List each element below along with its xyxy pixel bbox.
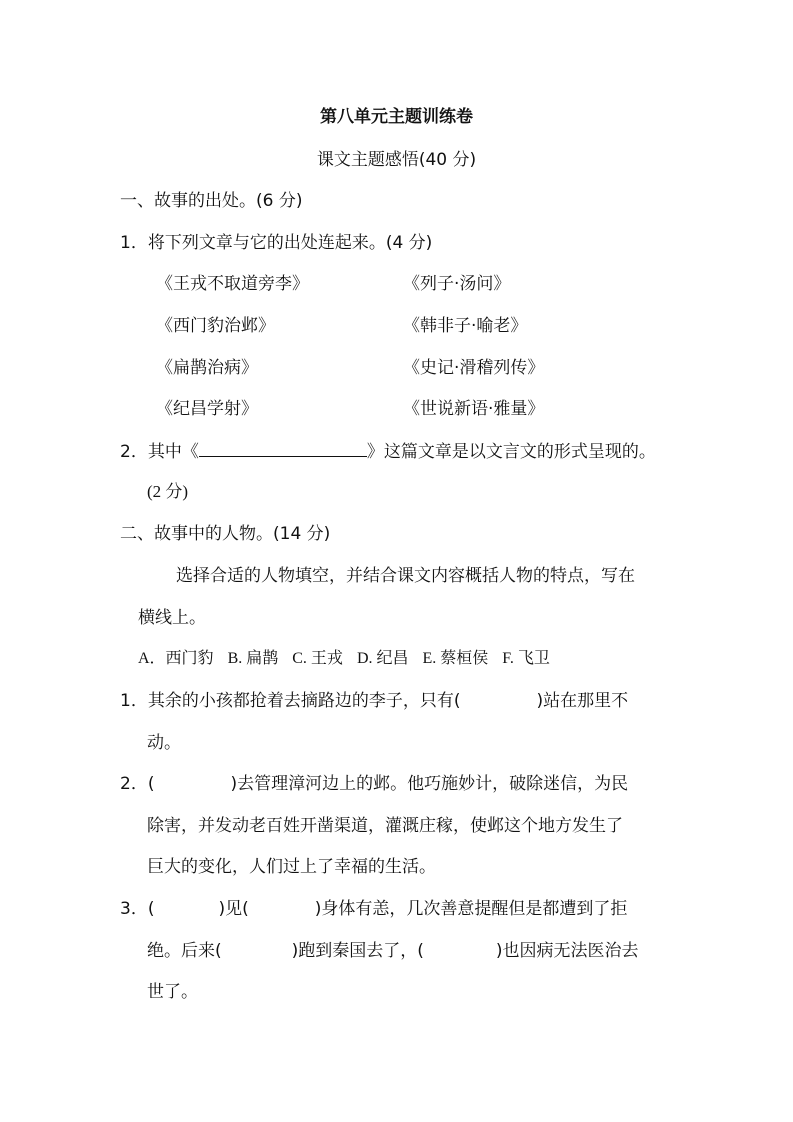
option: A．西门豹 [138, 650, 214, 667]
article-item: 《西门豹治邺》 [156, 315, 275, 337]
source-item: 《世说新语·雅量》 [403, 398, 544, 420]
s2-q2-line3: 巨大的变化，人们过上了幸福的生活。 [147, 856, 436, 878]
option: C. 王戎 [292, 650, 343, 667]
s1-q2-score: (2 分) [147, 481, 188, 503]
option: F. 飞卫 [502, 650, 550, 667]
option: B. 扁鹊 [228, 650, 279, 667]
fill-blank[interactable] [199, 440, 367, 457]
source-item: 《列子·汤问》 [403, 273, 510, 295]
s1-question2: 2．其中《》这篇文章是以文言文的形式呈现的。 [120, 440, 656, 463]
s2-question1: 1．其余的小孩都抢着去摘路边的李子，只有()站在那里不 [120, 690, 628, 712]
option: E. 蔡桓侯 [423, 650, 489, 667]
article-item: 《扁鹊治病》 [156, 357, 258, 379]
source-item: 《韩非子·喻老》 [403, 315, 527, 337]
s2-question3: 3．()见()身体有恙，几次善意提醒但是都遭到了拒 [120, 898, 627, 920]
source-item: 《史记·滑稽列传》 [403, 357, 544, 379]
section1-heading: 一、故事的出处。(6 分) [120, 190, 302, 212]
page-title: 第八单元主题训练卷 [0, 106, 793, 128]
instruction-line2: 横线上。 [138, 607, 206, 629]
s2-q2-line2: 除害，并发动老百姓开凿渠道，灌溉庄稼，使邺这个地方发生了 [147, 815, 623, 837]
article-item: 《王戎不取道旁李》 [156, 273, 309, 295]
s2-q3-line3: 世了。 [147, 981, 198, 1003]
article-item: 《纪昌学射》 [156, 398, 258, 420]
s2-question2: 2．()去管理漳河边上的邺。他巧施妙计，破除迷信，为民 [120, 773, 628, 795]
option: D. 纪昌 [357, 650, 409, 667]
page-subtitle: 课文主题感悟(40 分) [0, 149, 793, 171]
instruction-line1: 选择合适的人物填空，并结合课文内容概括人物的特点，写在 [176, 565, 635, 587]
s2-q1-line2: 动。 [147, 732, 181, 754]
options-list: A．西门豹B. 扁鹊C. 王戎D. 纪昌E. 蔡桓侯F. 飞卫 [138, 648, 550, 670]
s1-question1: 1．将下列文章与它的出处连起来。(4 分) [120, 232, 432, 254]
s2-q3-line2: 绝。后来()跑到秦国去了，()也因病无法医治去 [147, 940, 639, 962]
section2-heading: 二、故事中的人物。(14 分) [120, 523, 330, 545]
